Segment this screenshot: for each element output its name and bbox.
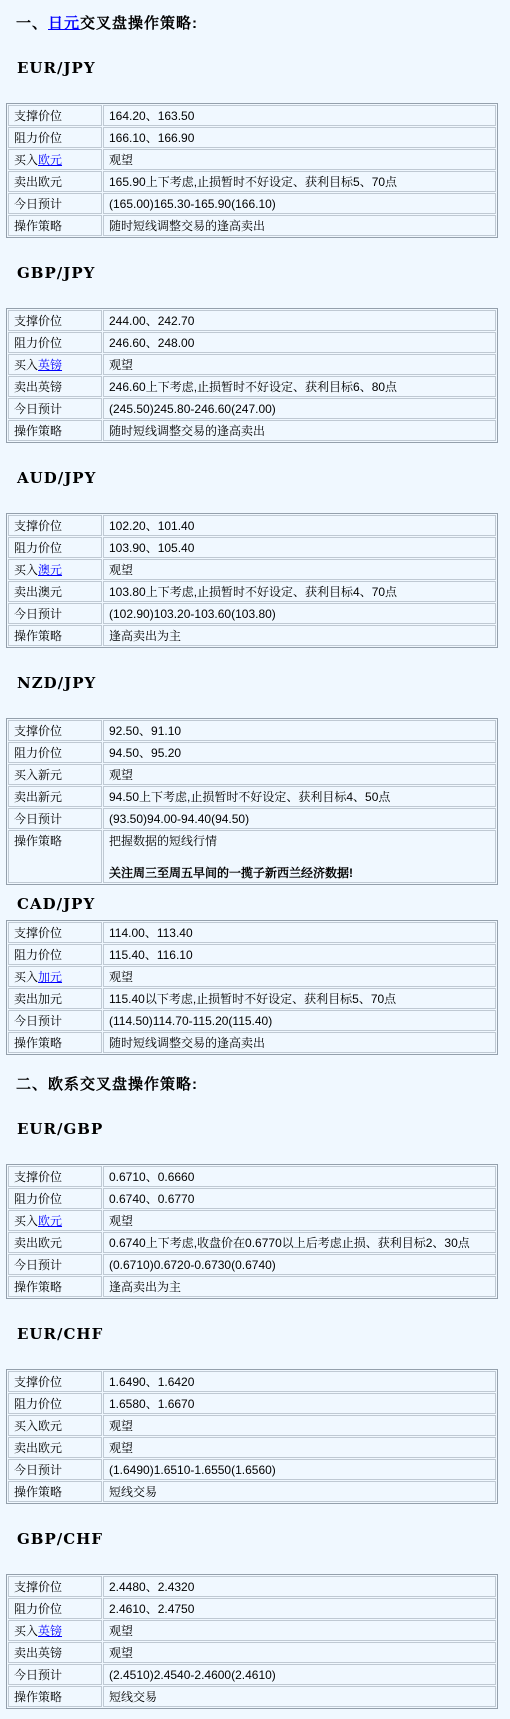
table-row: 卖出新元 94.50上下考虑,止损暂时不好设定、获利目标4、50点 xyxy=(8,786,496,807)
table-row: 支撑价位 102.20、101.40 xyxy=(8,515,496,536)
table-row: 卖出欧元 0.6740上下考虑,收盘价在0.6770以上后考虑止损、获利目标2、… xyxy=(8,1232,496,1253)
row-value: 观望 xyxy=(103,1620,496,1641)
table-row: 买入英镑 观望 xyxy=(8,1620,496,1641)
jpy-link[interactable]: 日元 xyxy=(48,15,80,32)
table-row: 阻力价位 0.6740、0.6770 xyxy=(8,1188,496,1209)
row-value: 观望 xyxy=(103,559,496,580)
row-label: 阻力价位 xyxy=(8,127,102,148)
table-row: 今日预计 (93.50)94.00-94.40(94.50) xyxy=(8,808,496,829)
row-value: 观望 xyxy=(103,764,496,785)
row-value: 94.50上下考虑,止损暂时不好设定、获利目标4、50点 xyxy=(103,786,496,807)
row-label: 买入欧元 xyxy=(8,1415,102,1436)
table-row: 卖出欧元 165.90上下考虑,止损暂时不好设定、获利目标5、70点 xyxy=(8,171,496,192)
cad-link[interactable]: 加元 xyxy=(38,970,62,984)
row-value: 观望 xyxy=(103,1437,496,1458)
row-value: (114.50)114.70-115.20(115.40) xyxy=(103,1010,496,1031)
row-value: 0.6740上下考虑,收盘价在0.6770以上后考虑止损、获利目标2、30点 xyxy=(103,1232,496,1253)
row-label-text: 买入 xyxy=(14,358,38,372)
row-value: 166.10、166.90 xyxy=(103,127,496,148)
row-value: 115.40以下考虑,止损暂时不好设定、获利目标5、70点 xyxy=(103,988,496,1009)
row-label: 支撑价位 xyxy=(8,1371,102,1392)
row-value: 随时短线调整交易的逢高卖出 xyxy=(103,1032,496,1053)
row-label: 阻力价位 xyxy=(8,1188,102,1209)
row-value: 103.90、105.40 xyxy=(103,537,496,558)
row-value: 115.40、116.10 xyxy=(103,944,496,965)
table-row: 阻力价位 115.40、116.10 xyxy=(8,944,496,965)
row-label: 支撑价位 xyxy=(8,1576,102,1597)
row-value: (0.6710)0.6720-0.6730(0.6740) xyxy=(103,1254,496,1275)
pair-title-gbpchf: GBP/CHF xyxy=(17,1530,504,1548)
row-label: 阻力价位 xyxy=(8,332,102,353)
row-value: 观望 xyxy=(103,1415,496,1436)
table-row: 今日预计 (102.90)103.20-103.60(103.80) xyxy=(8,603,496,624)
table-row: 卖出英镑 观望 xyxy=(8,1642,496,1663)
row-value: 把握数据的短线行情 关注周三至周五早间的一揽子新西兰经济数据! xyxy=(103,830,496,883)
row-label: 支撑价位 xyxy=(8,1166,102,1187)
row-value: 164.20、163.50 xyxy=(103,105,496,126)
table-gbpjpy: 支撑价位 244.00、242.70 阻力价位 246.60、248.00 买入… xyxy=(6,308,498,443)
row-value: 观望 xyxy=(103,354,496,375)
row-value: 1.6580、1.6670 xyxy=(103,1393,496,1414)
row-value: (245.50)245.80-246.60(247.00) xyxy=(103,398,496,419)
table-row: 买入新元 观望 xyxy=(8,764,496,785)
eur-link[interactable]: 欧元 xyxy=(38,153,62,167)
row-value: 2.4480、2.4320 xyxy=(103,1576,496,1597)
table-row: 操作策略 短线交易 xyxy=(8,1481,496,1502)
row-value: 2.4610、2.4750 xyxy=(103,1598,496,1619)
row-value: (165.00)165.30-165.90(166.10) xyxy=(103,193,496,214)
row-label: 操作策略 xyxy=(8,1276,102,1297)
row-label: 买入加元 xyxy=(8,966,102,987)
row-label: 阻力价位 xyxy=(8,1393,102,1414)
row-value: 244.00、242.70 xyxy=(103,310,496,331)
row-label: 今日预计 xyxy=(8,1010,102,1031)
row-label: 操作策略 xyxy=(8,215,102,236)
table-row: 支撑价位 92.50、91.10 xyxy=(8,720,496,741)
table-row: 今日预计 (245.50)245.80-246.60(247.00) xyxy=(8,398,496,419)
row-label: 卖出欧元 xyxy=(8,171,102,192)
table-row: 阻力价位 166.10、166.90 xyxy=(8,127,496,148)
aud-link[interactable]: 澳元 xyxy=(38,563,62,577)
row-value: 逢高卖出为主 xyxy=(103,1276,496,1297)
row-label: 卖出澳元 xyxy=(8,581,102,602)
row-label: 买入澳元 xyxy=(8,559,102,580)
row-value: 逢高卖出为主 xyxy=(103,625,496,646)
row-label: 今日预计 xyxy=(8,193,102,214)
row-label-text: 买入 xyxy=(14,1624,38,1638)
row-value: (1.6490)1.6510-1.6550(1.6560) xyxy=(103,1459,496,1480)
row-value: 1.6490、1.6420 xyxy=(103,1371,496,1392)
table-row: 卖出欧元 观望 xyxy=(8,1437,496,1458)
row-label: 买入英镑 xyxy=(8,1620,102,1641)
table-row: 卖出加元 115.40以下考虑,止损暂时不好设定、获利目标5、70点 xyxy=(8,988,496,1009)
table-gbpchf: 支撑价位 2.4480、2.4320 阻力价位 2.4610、2.4750 买入… xyxy=(6,1574,498,1709)
row-label: 操作策略 xyxy=(8,830,102,883)
gbp-link[interactable]: 英镑 xyxy=(38,1624,62,1638)
pair-title-cadjpy: CAD/JPY xyxy=(17,895,504,913)
table-row: 卖出英镑 246.60上下考虑,止损暂时不好设定、获利目标6、80点 xyxy=(8,376,496,397)
row-label: 操作策略 xyxy=(8,1481,102,1502)
table-row: 阻力价位 2.4610、2.4750 xyxy=(8,1598,496,1619)
table-audjpy: 支撑价位 102.20、101.40 阻力价位 103.90、105.40 买入… xyxy=(6,513,498,648)
table-row: 卖出澳元 103.80上下考虑,止损暂时不好设定、获利目标4、70点 xyxy=(8,581,496,602)
row-value: 102.20、101.40 xyxy=(103,515,496,536)
table-row: 阻力价位 246.60、248.00 xyxy=(8,332,496,353)
row-label: 阻力价位 xyxy=(8,537,102,558)
row-value: 94.50、95.20 xyxy=(103,742,496,763)
row-value: 观望 xyxy=(103,966,496,987)
table-row: 支撑价位 164.20、163.50 xyxy=(8,105,496,126)
row-label: 阻力价位 xyxy=(8,742,102,763)
row-label-text: 买入 xyxy=(14,970,38,984)
row-label: 支撑价位 xyxy=(8,720,102,741)
table-row: 买入加元 观望 xyxy=(8,966,496,987)
spacer xyxy=(109,849,492,865)
row-label: 今日预计 xyxy=(8,398,102,419)
row-label: 操作策略 xyxy=(8,1032,102,1053)
row-label: 买入新元 xyxy=(8,764,102,785)
row-label: 卖出加元 xyxy=(8,988,102,1009)
pair-title-nzdjpy: NZD/JPY xyxy=(17,674,504,692)
row-value: 观望 xyxy=(103,1642,496,1663)
row-label: 今日预计 xyxy=(8,1664,102,1685)
row-label: 买入欧元 xyxy=(8,149,102,170)
section-title-jpy-crosses: 一、日元交叉盘操作策略: xyxy=(16,12,504,33)
pair-title-eurchf: EUR/CHF xyxy=(17,1325,504,1343)
pair-title-eurjpy: EUR/JPY xyxy=(17,59,504,77)
row-value: (2.4510)2.4540-2.4600(2.4610) xyxy=(103,1664,496,1685)
row-value: 短线交易 xyxy=(103,1686,496,1707)
section-title-eur-crosses: 二、欧系交叉盘操作策略: xyxy=(16,1073,504,1094)
strategy-page: 一、日元交叉盘操作策略: EUR/JPY 支撑价位 164.20、163.50 … xyxy=(0,0,510,1719)
row-value: 0.6710、0.6660 xyxy=(103,1166,496,1187)
pair-title-eurgbp: EUR/GBP xyxy=(17,1120,504,1138)
table-row: 今日预计 (0.6710)0.6720-0.6730(0.6740) xyxy=(8,1254,496,1275)
row-label: 卖出英镑 xyxy=(8,1642,102,1663)
table-row: 支撑价位 244.00、242.70 xyxy=(8,310,496,331)
table-row: 操作策略 随时短线调整交易的逢高卖出 xyxy=(8,420,496,441)
row-label: 今日预计 xyxy=(8,1254,102,1275)
pair-title-audjpy: AUD/JPY xyxy=(17,469,504,487)
row-label-text: 买入 xyxy=(14,1214,38,1228)
row-value: 165.90上下考虑,止损暂时不好设定、获利目标5、70点 xyxy=(103,171,496,192)
row-label: 支撑价位 xyxy=(8,310,102,331)
table-row: 操作策略 随时短线调整交易的逢高卖出 xyxy=(8,1032,496,1053)
table-row: 操作策略 短线交易 xyxy=(8,1686,496,1707)
row-label: 买入英镑 xyxy=(8,354,102,375)
row-value: 246.60、248.00 xyxy=(103,332,496,353)
row-value: 观望 xyxy=(103,149,496,170)
table-row: 阻力价位 103.90、105.40 xyxy=(8,537,496,558)
row-value: 103.80上下考虑,止损暂时不好设定、获利目标4、70点 xyxy=(103,581,496,602)
table-row: 支撑价位 0.6710、0.6660 xyxy=(8,1166,496,1187)
table-row: 买入欧元 观望 xyxy=(8,1415,496,1436)
row-label: 卖出英镑 xyxy=(8,376,102,397)
row-label: 阻力价位 xyxy=(8,1598,102,1619)
table-eurjpy: 支撑价位 164.20、163.50 阻力价位 166.10、166.90 买入… xyxy=(6,103,498,238)
row-value: 随时短线调整交易的逢高卖出 xyxy=(103,420,496,441)
row-value: 短线交易 xyxy=(103,1481,496,1502)
row-label: 支撑价位 xyxy=(8,105,102,126)
table-nzdjpy: 支撑价位 92.50、91.10 阻力价位 94.50、95.20 买入新元 观… xyxy=(6,718,498,885)
section-title-prefix: 一、 xyxy=(16,15,48,32)
table-row: 买入英镑 观望 xyxy=(8,354,496,375)
row-label-text: 买入 xyxy=(14,563,38,577)
row-label: 操作策略 xyxy=(8,625,102,646)
row-value: (93.50)94.00-94.40(94.50) xyxy=(103,808,496,829)
table-row: 阻力价位 94.50、95.20 xyxy=(8,742,496,763)
row-value: 观望 xyxy=(103,1210,496,1231)
table-eurgbp: 支撑价位 0.6710、0.6660 阻力价位 0.6740、0.6770 买入… xyxy=(6,1164,498,1299)
row-label: 卖出新元 xyxy=(8,786,102,807)
table-eurchf: 支撑价位 1.6490、1.6420 阻力价位 1.6580、1.6670 买入… xyxy=(6,1369,498,1504)
row-value: 0.6740、0.6770 xyxy=(103,1188,496,1209)
row-label: 卖出欧元 xyxy=(8,1437,102,1458)
row-label: 支撑价位 xyxy=(8,515,102,536)
gbp-link[interactable]: 英镑 xyxy=(38,358,62,372)
row-label: 买入欧元 xyxy=(8,1210,102,1231)
table-row: 今日预计 (165.00)165.30-165.90(166.10) xyxy=(8,193,496,214)
table-row: 今日预计 (1.6490)1.6510-1.6550(1.6560) xyxy=(8,1459,496,1480)
row-label: 今日预计 xyxy=(8,603,102,624)
table-row: 阻力价位 1.6580、1.6670 xyxy=(8,1393,496,1414)
table-row: 买入欧元 观望 xyxy=(8,1210,496,1231)
row-value: 114.00、113.40 xyxy=(103,922,496,943)
table-cadjpy: 支撑价位 114.00、113.40 阻力价位 115.40、116.10 买入… xyxy=(6,920,498,1055)
row-value: (102.90)103.20-103.60(103.80) xyxy=(103,603,496,624)
table-row: 买入澳元 观望 xyxy=(8,559,496,580)
row-label: 卖出欧元 xyxy=(8,1232,102,1253)
table-row: 支撑价位 1.6490、1.6420 xyxy=(8,1371,496,1392)
table-row: 今日预计 (114.50)114.70-115.20(115.40) xyxy=(8,1010,496,1031)
eur-link[interactable]: 欧元 xyxy=(38,1214,62,1228)
row-label: 阻力价位 xyxy=(8,944,102,965)
table-row: 操作策略 把握数据的短线行情 关注周三至周五早间的一揽子新西兰经济数据! xyxy=(8,830,496,883)
table-row: 操作策略 逢高卖出为主 xyxy=(8,1276,496,1297)
section-title-suffix: 交叉盘操作策略: xyxy=(80,15,198,32)
row-label: 支撑价位 xyxy=(8,922,102,943)
pair-title-gbpjpy: GBP/JPY xyxy=(17,264,504,282)
table-row: 操作策略 随时短线调整交易的逢高卖出 xyxy=(8,215,496,236)
table-row: 操作策略 逢高卖出为主 xyxy=(8,625,496,646)
strategy-note-line1: 把握数据的短线行情 xyxy=(109,833,492,849)
row-value: 随时短线调整交易的逢高卖出 xyxy=(103,215,496,236)
table-row: 支撑价位 114.00、113.40 xyxy=(8,922,496,943)
table-row: 买入欧元 观望 xyxy=(8,149,496,170)
row-label: 操作策略 xyxy=(8,420,102,441)
row-label: 今日预计 xyxy=(8,808,102,829)
row-value: 92.50、91.10 xyxy=(103,720,496,741)
row-label-text: 买入 xyxy=(14,153,38,167)
row-label: 操作策略 xyxy=(8,1686,102,1707)
table-row: 支撑价位 2.4480、2.4320 xyxy=(8,1576,496,1597)
strategy-note-bold: 关注周三至周五早间的一揽子新西兰经济数据! xyxy=(109,865,492,881)
row-value: 246.60上下考虑,止损暂时不好设定、获利目标6、80点 xyxy=(103,376,496,397)
table-row: 今日预计 (2.4510)2.4540-2.4600(2.4610) xyxy=(8,1664,496,1685)
row-label: 今日预计 xyxy=(8,1459,102,1480)
